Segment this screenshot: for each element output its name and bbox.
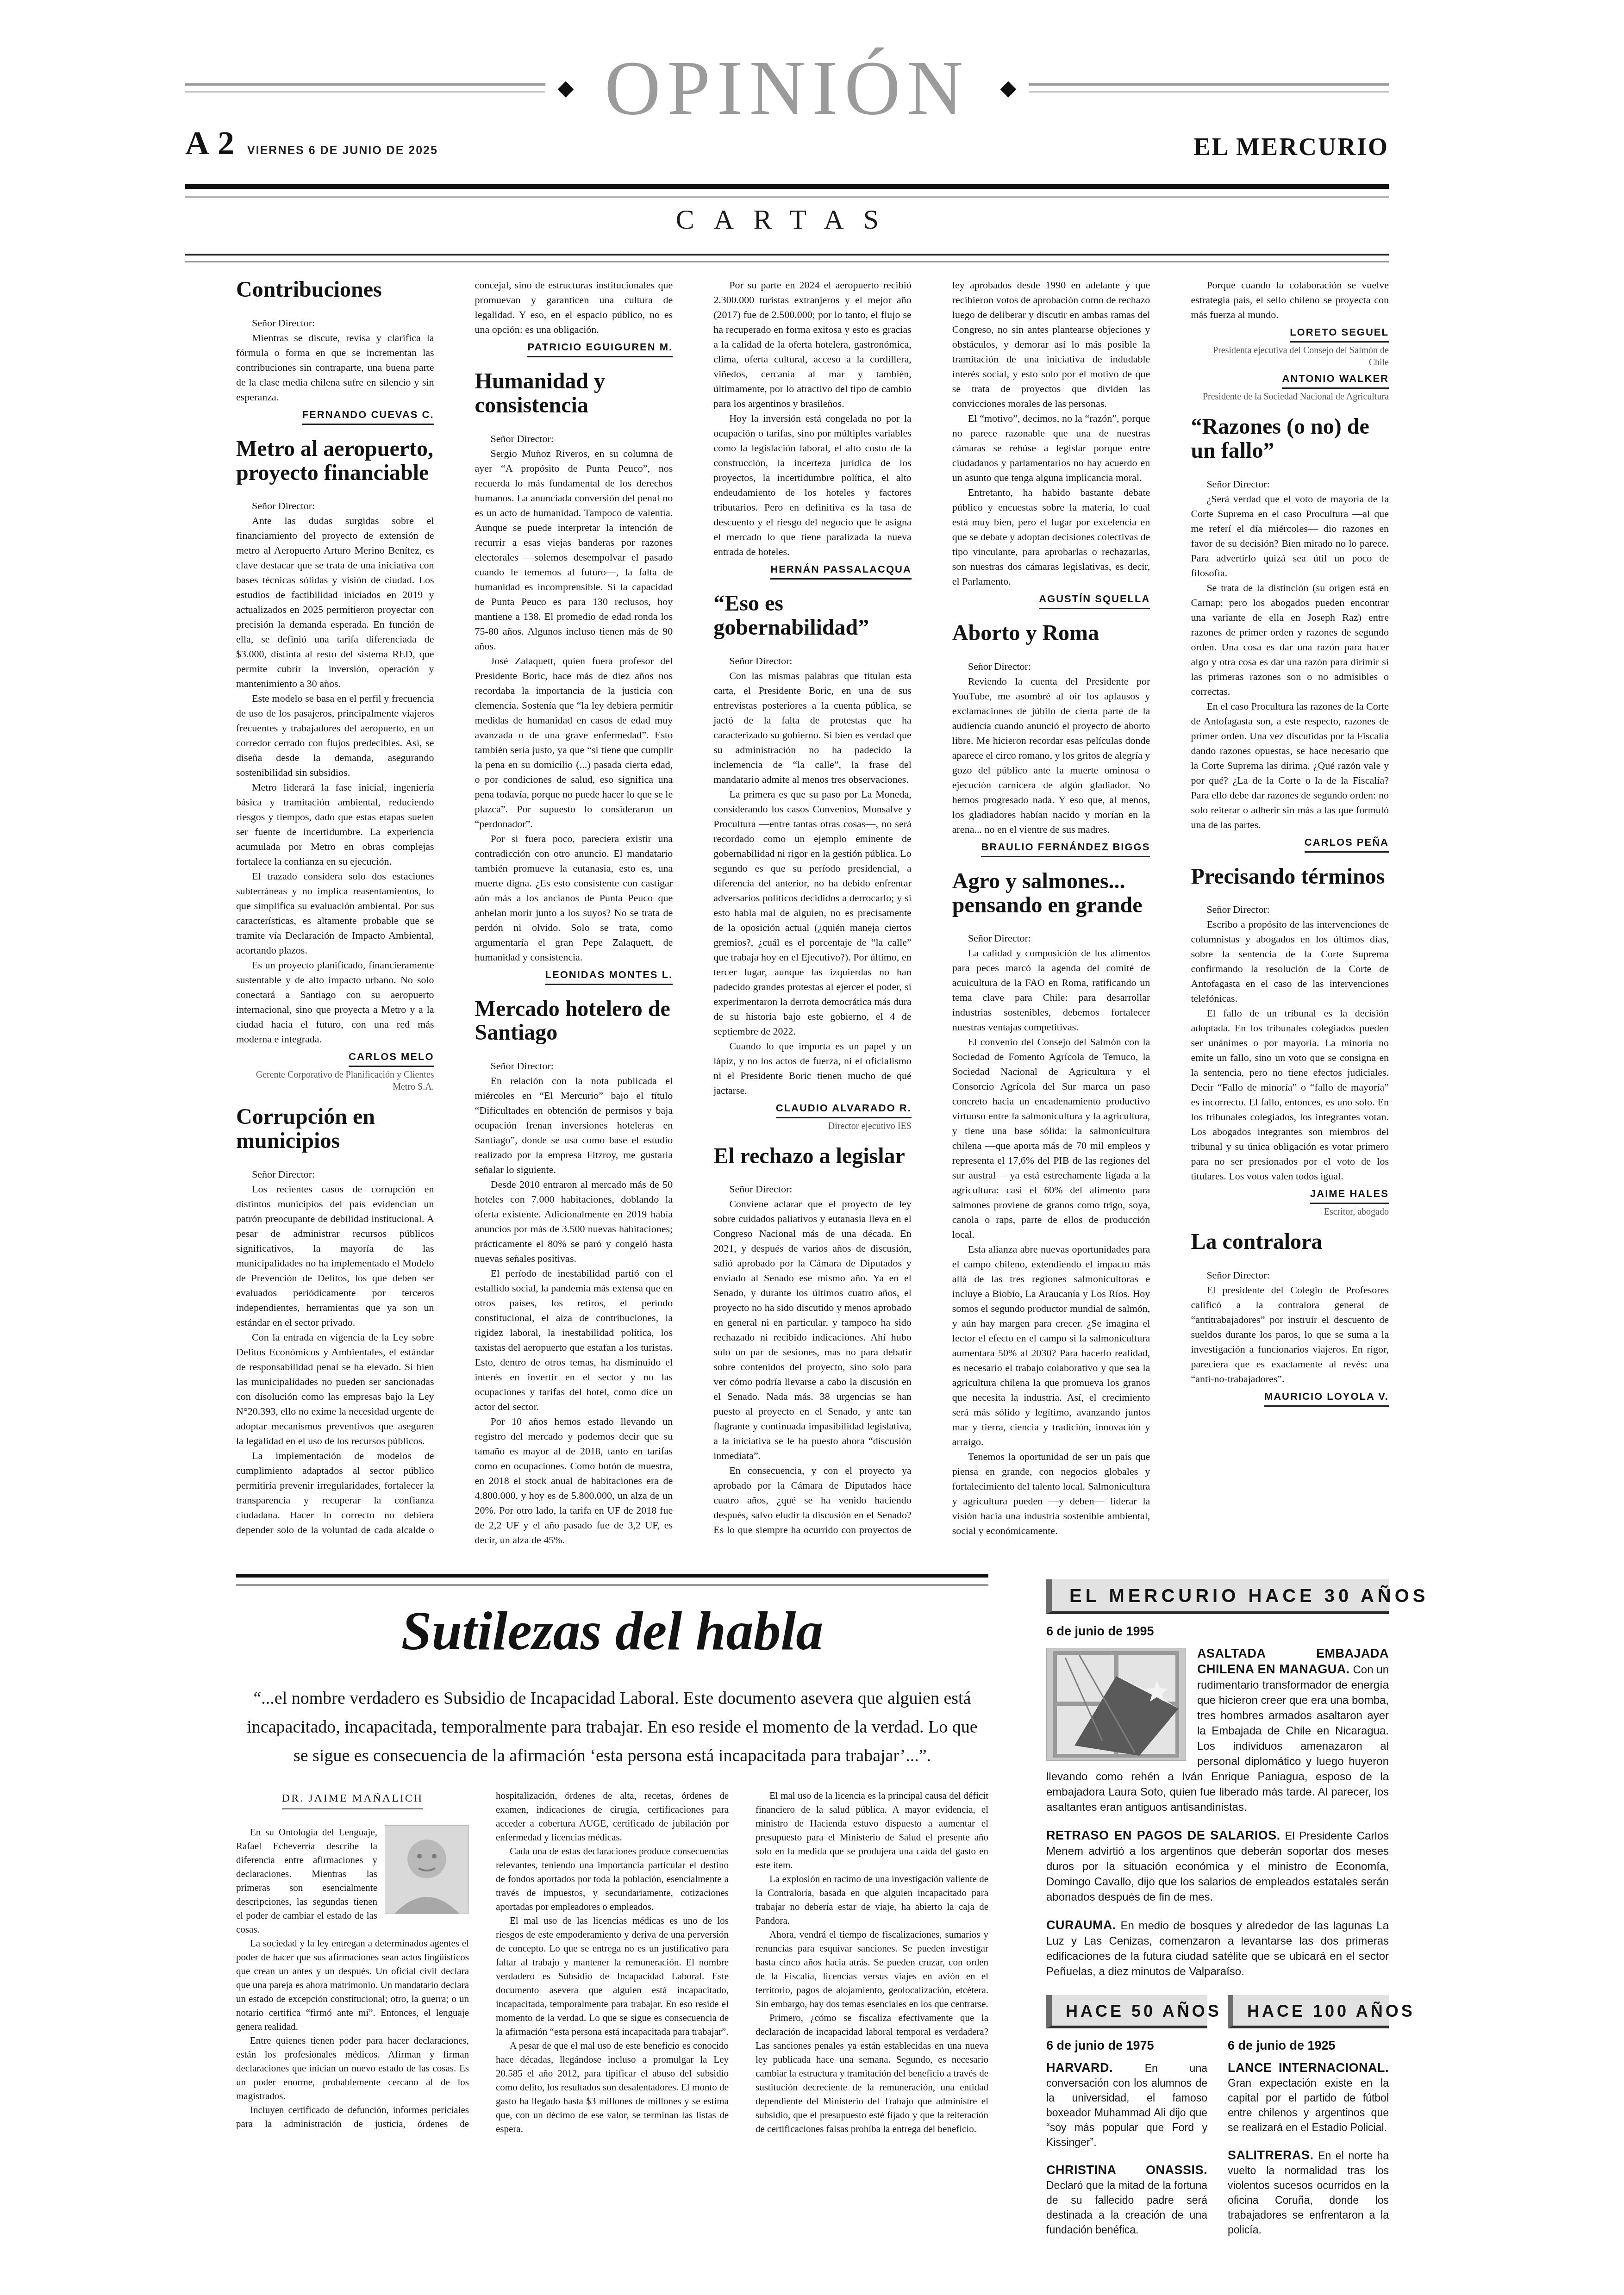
letter-signature: MAURICIO LOYOLA V. xyxy=(1191,1389,1389,1407)
letter-paragraph: Conviene aclarar que el proyecto de ley … xyxy=(713,1197,912,1463)
letter-precisando-terminos: Precisando términos Señor Director: Escr… xyxy=(1191,865,1389,1218)
letter-title: Precisando términos xyxy=(1191,865,1389,889)
newspaper-brand: EL MERCURIO xyxy=(1193,132,1389,161)
signature-role: Gerente Corporativo de Planificación y C… xyxy=(236,1069,434,1093)
letter-signature: HERNÁN PASSALACQUA xyxy=(713,562,912,580)
section-title: OPINIÓN xyxy=(605,49,970,127)
signature-role: Presidente de la Sociedad Nacional de Ag… xyxy=(1191,391,1389,403)
feature-paragraph: Primero, ¿cómo se fiscaliza efectivament… xyxy=(756,2011,988,2136)
letter-salutation: Señor Director: xyxy=(236,499,434,513)
hace-30-item: CURAUMA. En medio de bosques y alrededor… xyxy=(1046,1918,1389,1979)
letter-salutation: Señor Director: xyxy=(1191,477,1389,492)
signature-role: Presidenta ejecutiva del Consejo del Sal… xyxy=(1191,344,1389,368)
letter-paragraph: Se trata de la distinción (su origen est… xyxy=(1191,580,1389,699)
portrait-photo xyxy=(385,1825,469,1914)
hace-100-title-bar: HACE 100 AÑOS xyxy=(1228,1995,1389,2028)
page-number: A 2 xyxy=(185,124,235,162)
letter-la-contralora: La contralora Señor Director: El preside… xyxy=(1191,1230,1389,1407)
letter-title: Aborto y Roma xyxy=(952,621,1150,645)
letter-salutation: Señor Director: xyxy=(1191,1268,1389,1283)
letter-salutation: Señor Director: xyxy=(713,1182,912,1197)
diamond-ornament-left: ◆ xyxy=(557,77,574,99)
letter-paragraph: Por 10 años hemos estado llevando un reg… xyxy=(475,1414,673,1547)
letter-paragraph: El presidente del Colegio de Profesores … xyxy=(1191,1283,1389,1386)
letter-paragraph: En el caso Procultura las razones de la … xyxy=(1191,699,1389,832)
masthead-rule-left xyxy=(185,83,545,93)
letter-paragraph: El “motivo”, decimos, no la “razón”, por… xyxy=(952,411,1150,485)
feature-paragraph: Entre quienes tienen poder para hacer de… xyxy=(236,2033,469,2103)
letter-title: Humanidad y consistencia xyxy=(475,369,673,418)
feature-paragraph: La explosión en racimo de una investigac… xyxy=(756,1872,988,1927)
letter-salutation: Señor Director: xyxy=(713,654,912,668)
feature-body: DR. JAIME MAÑALICH En su Ontología del L… xyxy=(236,1789,988,2136)
letter-salutation: Señor Director: xyxy=(475,431,673,446)
hace-50-box: HACE 50 AÑOS 6 de junio de 1975 HARVARD.… xyxy=(1046,1995,1207,2250)
letter-paragraph: Ante las dudas surgidas sobre el financi… xyxy=(236,513,434,691)
letter-paragraph: Con la entrada en vigencia de la Ley sob… xyxy=(236,1330,434,1448)
letter-paragraph: Metro liderará la fase inicial, ingenier… xyxy=(236,780,434,869)
letter-paragraph: Por si fuera poco, pareciera existir una… xyxy=(475,831,673,965)
folio: A 2 VIERNES 6 DE JUNIO DE 2025 xyxy=(185,124,438,162)
hace-50-100-row: HACE 50 AÑOS 6 de junio de 1975 HARVARD.… xyxy=(1046,1995,1389,2250)
signature-role: Director ejecutivo IES xyxy=(713,1120,912,1132)
letter-signature: BRAULIO FERNÁNDEZ BIGGS xyxy=(952,840,1150,857)
hace-100-box: HACE 100 AÑOS 6 de junio de 1925 LANCE I… xyxy=(1228,1995,1389,2250)
cartas-rule xyxy=(185,254,1389,262)
letter-paragraph: En relación con la nota publicada el mié… xyxy=(475,1073,673,1177)
hace-50-title-bar: HACE 50 AÑOS xyxy=(1046,1995,1207,2028)
letter-paragraph: Los recientes casos de corrupción en dis… xyxy=(236,1182,434,1330)
letter-salutation: Señor Director: xyxy=(952,931,1150,946)
hace-30-item: RETRASO EN PAGOS DE SALARIOS. El Preside… xyxy=(1046,1828,1389,1905)
letter-paragraph: Desde 2010 entraron al mercado más de 50… xyxy=(475,1177,673,1266)
letter-signature: CARLOS MELO xyxy=(236,1049,434,1067)
letter-title: La contralora xyxy=(1191,1230,1389,1254)
letter-paragraph: Mientras se discute, revisa y clarifica … xyxy=(236,331,434,405)
letter-paragraph: ¿Será verdad que el voto de mayoría de l… xyxy=(1191,492,1389,580)
letter-paragraph: Este modelo se basa en el perfil y frecu… xyxy=(236,691,434,780)
letter-salutation: Señor Director: xyxy=(475,1059,673,1073)
letter-paragraph: Sergio Muñoz Riveros, en su columna de a… xyxy=(475,446,673,654)
hace-30-box: EL MERCURIO HACE 30 AÑOS 6 de junio de 1… xyxy=(1046,1579,1389,1979)
letter-paragraph: Con las mismas palabras que titulan esta… xyxy=(713,668,912,787)
letter-title: Mercado hotelero de Santiago xyxy=(475,997,673,1045)
letter-paragraph: Tenemos la oportunidad de ser un país qu… xyxy=(952,1449,1150,1538)
letter-title: Metro al aeropuerto, proyecto financiabl… xyxy=(236,437,434,485)
feature-headline: Sutilezas del habla xyxy=(236,1600,988,1663)
letter-salutation: Señor Director: xyxy=(1191,902,1389,917)
hace-100-item: SALITRERAS. En el norte ha vuelto la nor… xyxy=(1228,2148,1389,2237)
letter-paragraph: Por su parte en 2024 el aeropuerto recib… xyxy=(713,278,912,411)
letter-title: Corrupción en municipios xyxy=(236,1105,434,1153)
letter-paragraph: José Zalaquett, quien fuera profesor del… xyxy=(475,654,673,831)
letter-paragraph: La primera es que su paso por La Moneda,… xyxy=(713,787,912,1039)
letter-signature: PATRICIO EGUIGUREN M. xyxy=(475,340,673,357)
feature-byline: DR. JAIME MAÑALICH xyxy=(236,1791,469,1809)
hace-100-date: 6 de junio de 1925 xyxy=(1228,2039,1389,2053)
feature-paragraph: Ahora, vendrá el tiempo de fiscalizacion… xyxy=(756,1927,988,2011)
letter-paragraph: Escribo a propósito de las intervencione… xyxy=(1191,917,1389,1006)
feature-paragraph: El mal uso de la licencia es la principa… xyxy=(756,1789,988,1872)
letter-title: “Eso es gobernabilidad” xyxy=(713,592,912,640)
feature-top-rule xyxy=(236,1574,988,1586)
signature-role: Escritor, abogado xyxy=(1191,1206,1389,1218)
letter-paragraph: Entretanto, ha habido bastante debate pú… xyxy=(952,485,1150,589)
letter-metro-aeropuerto: Metro al aeropuerto, proyecto financiabl… xyxy=(236,437,434,1093)
diamond-ornament-right: ◆ xyxy=(1000,77,1016,99)
letter-paragraph: El trazado considera solo dos estaciones… xyxy=(236,869,434,958)
hace-50-item: HARVARD. En una conversación con los alu… xyxy=(1046,2060,1207,2150)
feature-article: Sutilezas del habla “...el nombre verdad… xyxy=(236,1574,988,2282)
letter-paragraph: El convenio del Consejo del Salmón con l… xyxy=(952,1035,1150,1242)
letter-salutation: Señor Director: xyxy=(236,316,434,331)
hace-30-title-bar: EL MERCURIO HACE 30 AÑOS xyxy=(1046,1579,1389,1614)
cartas-band: CARTAS xyxy=(185,204,1389,236)
feature-pull-quote: “...el nombre verdadero es Subsidio de I… xyxy=(241,1684,984,1770)
letter-razones-de-un-fallo: “Razones (o no) de un fallo” Señor Direc… xyxy=(1191,415,1389,853)
letter-salutation: Señor Director: xyxy=(236,1167,434,1182)
letter-signature: JAIME HALES xyxy=(1191,1186,1389,1204)
letter-eso-es-gobernabilidad: “Eso es gobernabilidad” Señor Director: … xyxy=(713,592,912,1132)
history-sidebar: EL MERCURIO HACE 30 AÑOS 6 de junio de 1… xyxy=(1046,1579,1389,2250)
letter-title: Contribuciones xyxy=(236,278,434,302)
letter-paragraph: Hoy la inversión está congelada no por l… xyxy=(713,411,912,559)
letter-humanidad-consistencia: Humanidad y consistencia Señor Director:… xyxy=(475,369,673,985)
feature-paragraph: Cada una de estas declaraciones produce … xyxy=(496,1844,729,1914)
letter-signature: CLAUDIO ALVARADO R. xyxy=(713,1101,912,1118)
letters-section: Contribuciones Señor Director: Mientras … xyxy=(236,278,1389,1551)
feature-paragraph: A pesar de que el mal uso de este benefi… xyxy=(496,2039,729,2136)
letter-contribuciones: Contribuciones Señor Director: Mientras … xyxy=(236,278,434,425)
section-masthead: ◆ OPINIÓN ◆ xyxy=(185,56,1389,120)
letter-paragraph: Cuando lo que importa es un papel y un l… xyxy=(713,1039,912,1098)
hace-30-date: 6 de junio de 1995 xyxy=(1046,1624,1389,1639)
letter-title: “Razones (o no) de un fallo” xyxy=(1191,415,1389,463)
letter-salutation: Señor Director: xyxy=(952,659,1150,674)
header-rule xyxy=(185,184,1389,198)
hace-50-item: CHRISTINA ONASSIS. Declaró que la mitad … xyxy=(1046,2163,1207,2237)
letter-signature: LORETO SEGUEL xyxy=(1191,325,1389,343)
feature-paragraph: El mal uso de las licencias médicas es u… xyxy=(496,1914,729,2039)
letter-paragraph: El fallo de un tribunal es la decisión a… xyxy=(1191,1006,1389,1184)
letter-title: El rechazo a legislar xyxy=(713,1144,912,1168)
letter-signature: CARLOS PEÑA xyxy=(1191,835,1389,853)
letter-paragraph: Esta alianza abre nuevas oportunidades p… xyxy=(952,1242,1150,1449)
masthead-rule-right xyxy=(1029,83,1389,93)
letter-paragraph: El período de inestabilidad partió con e… xyxy=(475,1266,673,1414)
page-date: VIERNES 6 DE JUNIO DE 2025 xyxy=(247,144,438,157)
letter-signature: LEONIDAS MONTES L. xyxy=(475,967,673,985)
newspaper-page: ◆ OPINIÓN ◆ A 2 VIERNES 6 DE JUNIO DE 20… xyxy=(0,0,1624,2295)
letter-signature: FERNANDO CUEVAS C. xyxy=(236,407,434,425)
letter-title: Agro y salmones... pensando en grande xyxy=(952,869,1150,917)
letter-paragraph: Porque cuando la colaboración se vuelve … xyxy=(1191,278,1389,322)
letter-paragraph: Reviendo la cuenta del Presidente por Yo… xyxy=(952,674,1150,837)
letter-signature: ANTONIO WALKER xyxy=(1191,371,1389,389)
letter-paragraph: Es un proyecto planificado, financierame… xyxy=(236,958,434,1047)
flag-photo xyxy=(1046,1648,1186,1761)
hace-100-item: LANCE INTERNACIONAL. Gran expectación ex… xyxy=(1228,2060,1389,2135)
letter-aborto-y-roma: Aborto y Roma Señor Director: Reviendo l… xyxy=(952,621,1150,857)
letter-signature: AGUSTÍN SQUELLA xyxy=(952,592,1150,609)
feature-paragraph: La sociedad y la ley entregan a determin… xyxy=(236,1936,469,2033)
hace-50-date: 6 de junio de 1975 xyxy=(1046,2039,1207,2053)
letter-paragraph: La calidad y composición de los alimento… xyxy=(952,946,1150,1035)
